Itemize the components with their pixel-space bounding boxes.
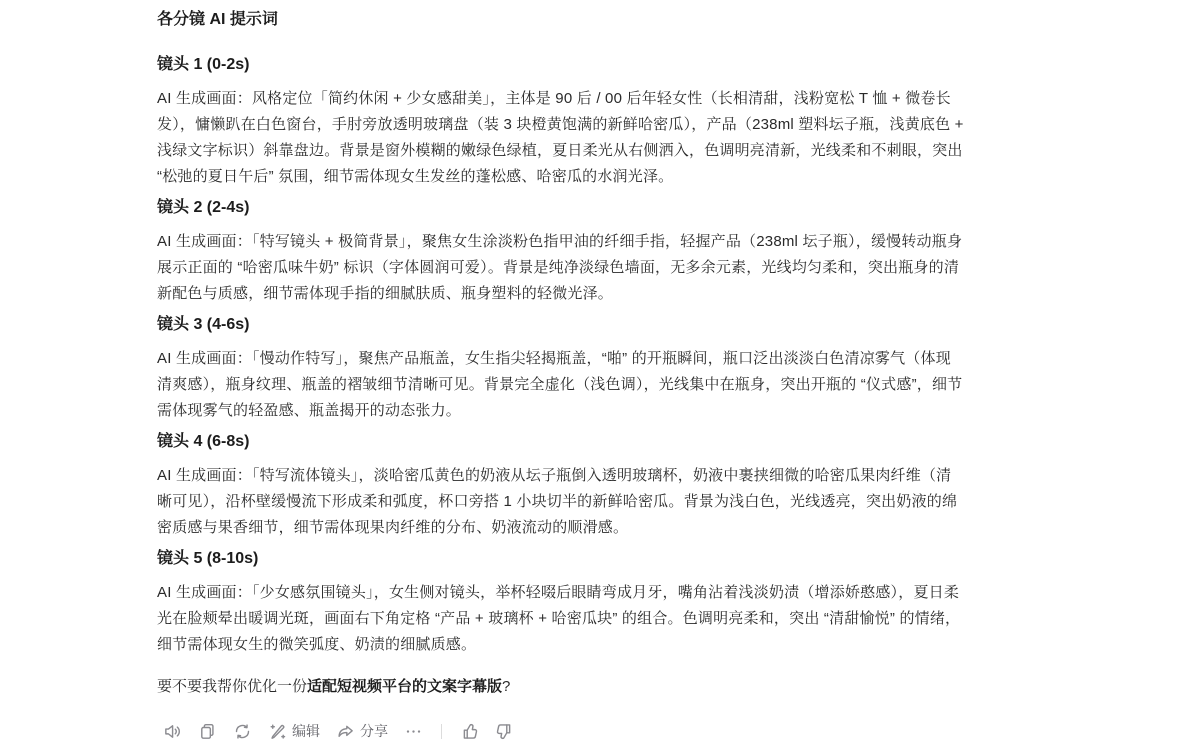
- follow-up-suffix: ?: [502, 678, 510, 695]
- thumbs-down-button[interactable]: [495, 722, 514, 741]
- assistant-message: 各分镜 AI 提示词 镜头 1 (0-2s) AI 生成画面：风格定位「简约休闲…: [157, 0, 965, 745]
- shot-heading: 镜头 1 (0-2s): [157, 55, 965, 75]
- more-icon: [404, 722, 423, 741]
- thumbs-down-icon: [495, 722, 514, 741]
- thumbs-up-icon: [460, 722, 479, 741]
- share-icon: [336, 722, 355, 741]
- shot-heading: 镜头 2 (2-4s): [157, 198, 965, 218]
- voice-icon: [163, 722, 182, 741]
- shot-section-4: 镜头 4 (6-8s) AI 生成画面：「特写流体镜头」，淡哈密瓜黄色的奶液从坛…: [157, 432, 965, 541]
- shot-description: AI 生成画面：「特写镜头 + 极简背景」，聚焦女生涂淡粉色指甲油的纤细手指，轻…: [157, 229, 965, 307]
- shot-heading: 镜头 5 (8-10s): [157, 549, 965, 569]
- voice-button[interactable]: [163, 722, 182, 741]
- edit-button[interactable]: 编辑: [268, 721, 320, 741]
- shot-heading: 镜头 4 (6-8s): [157, 432, 965, 452]
- copy-button[interactable]: [198, 722, 217, 741]
- share-label: 分享: [360, 721, 388, 741]
- edit-label: 编辑: [292, 721, 320, 741]
- shot-section-3: 镜头 3 (4-6s) AI 生成画面：「慢动作特写」，聚焦产品瓶盖，女生指尖轻…: [157, 315, 965, 424]
- thumbs-up-button[interactable]: [460, 722, 479, 741]
- more-button[interactable]: [404, 722, 423, 741]
- shot-description: AI 生成画面：「特写流体镜头」，淡哈密瓜黄色的奶液从坛子瓶倒入透明玻璃杯，奶液…: [157, 463, 965, 541]
- shot-section-2: 镜头 2 (2-4s) AI 生成画面：「特写镜头 + 极简背景」，聚焦女生涂淡…: [157, 198, 965, 307]
- regenerate-button[interactable]: [233, 722, 252, 741]
- follow-up-bold: 适配短视频平台的文案字幕版: [307, 678, 502, 695]
- edit-icon: [268, 722, 287, 741]
- copy-icon: [198, 722, 217, 741]
- shot-heading: 镜头 3 (4-6s): [157, 315, 965, 335]
- shot-section-1: 镜头 1 (0-2s) AI 生成画面：风格定位「简约休闲 + 少女感甜美」，主…: [157, 55, 965, 190]
- shot-description: AI 生成画面：风格定位「简约休闲 + 少女感甜美」，主体是 90 后 / 00…: [157, 86, 965, 190]
- shot-description: AI 生成画面：「慢动作特写」，聚焦产品瓶盖，女生指尖轻揭瓶盖，“啪” 的开瓶瞬…: [157, 346, 965, 424]
- regenerate-icon: [233, 722, 252, 741]
- toolbar-divider: [441, 724, 442, 739]
- shot-description: AI 生成画面：「少女感氛围镜头」，女生侧对镜头，举杯轻啜后眼睛弯成月牙，嘴角沾…: [157, 580, 965, 658]
- follow-up-prefix: 要不要我帮你优化一份: [157, 678, 307, 695]
- share-button[interactable]: 分享: [336, 721, 388, 741]
- shot-section-5: 镜头 5 (8-10s) AI 生成画面：「少女感氛围镜头」，女生侧对镜头，举杯…: [157, 549, 965, 658]
- message-toolbar: 编辑 分享: [163, 717, 965, 745]
- answer-title: 各分镜 AI 提示词: [157, 10, 965, 30]
- follow-up-question: 要不要我帮你优化一份适配短视频平台的文案字幕版?: [157, 674, 965, 700]
